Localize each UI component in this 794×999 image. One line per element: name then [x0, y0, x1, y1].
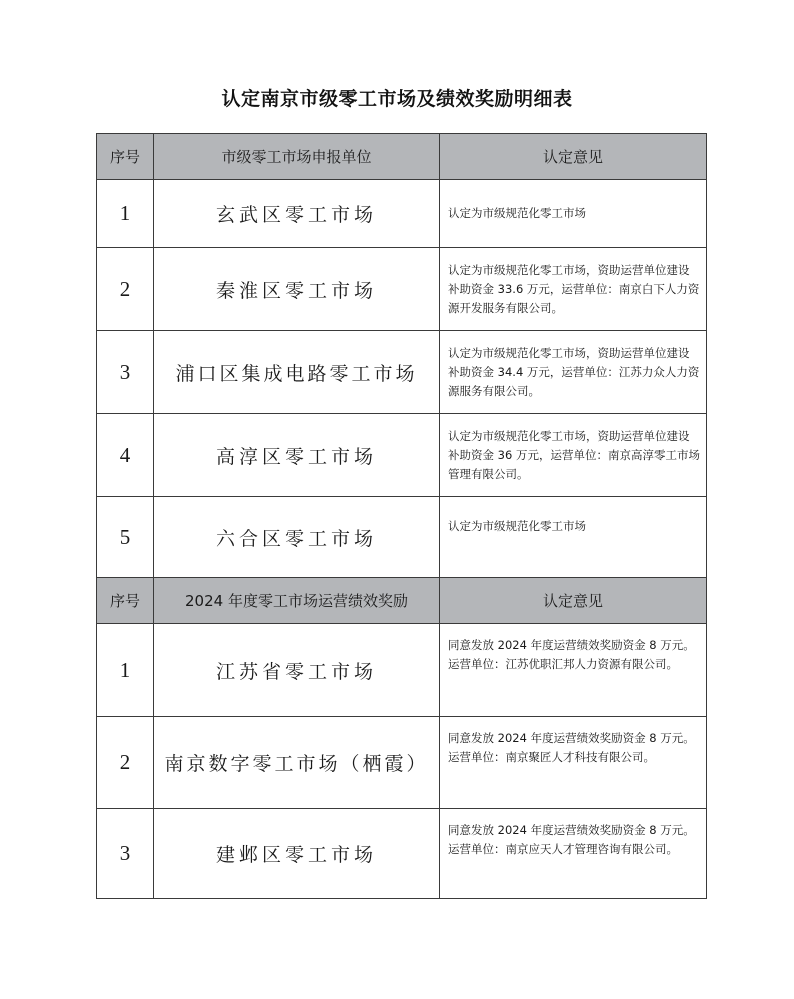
table-row: 3 浦口区集成电路零工市场 认定为市级规范化零工市场，资助运营单位建设补助资金 …	[97, 331, 707, 414]
header-award: 2024 年度零工市场运营绩效奖励	[154, 578, 440, 624]
row-unit: 秦淮区零工市场	[154, 248, 440, 331]
header-opinion: 认定意见	[440, 134, 707, 180]
row-no: 1	[97, 180, 154, 248]
table-row: 2 秦淮区零工市场 认定为市级规范化零工市场，资助运营单位建设补助资金 33.6…	[97, 248, 707, 331]
detail-table: 序号 市级零工市场申报单位 认定意见 1 玄武区零工市场 认定为市级规范化零工市…	[96, 133, 707, 899]
table-row: 5 六合区零工市场 认定为市级规范化零工市场	[97, 497, 707, 578]
header-no: 序号	[97, 134, 154, 180]
row-unit: 江苏省零工市场	[154, 624, 440, 717]
row-no: 4	[97, 414, 154, 497]
row-opinion: 认定为市级规范化零工市场，资助运营单位建设补助资金 33.6 万元，运营单位：南…	[440, 248, 707, 331]
table-row: 2 南京数字零工市场（栖霞） 同意发放 2024 年度运营绩效奖励资金 8 万元…	[97, 717, 707, 809]
page-title: 认定南京市级零工市场及绩效奖励明细表	[0, 84, 794, 111]
row-unit: 建邺区零工市场	[154, 809, 440, 899]
row-unit: 南京数字零工市场（栖霞）	[154, 717, 440, 809]
row-no: 3	[97, 331, 154, 414]
section1-header-row: 序号 市级零工市场申报单位 认定意见	[97, 134, 707, 180]
table-row: 1 江苏省零工市场 同意发放 2024 年度运营绩效奖励资金 8 万元。运营单位…	[97, 624, 707, 717]
table-row: 1 玄武区零工市场 认定为市级规范化零工市场	[97, 180, 707, 248]
table-row: 4 高淳区零工市场 认定为市级规范化零工市场，资助运营单位建设补助资金 36 万…	[97, 414, 707, 497]
row-no: 5	[97, 497, 154, 578]
header-unit: 市级零工市场申报单位	[154, 134, 440, 180]
row-unit: 浦口区集成电路零工市场	[154, 331, 440, 414]
row-no: 2	[97, 717, 154, 809]
row-opinion: 认定为市级规范化零工市场	[440, 497, 707, 578]
row-opinion: 认定为市级规范化零工市场，资助运营单位建设补助资金 36 万元，运营单位：南京高…	[440, 414, 707, 497]
header-opinion: 认定意见	[440, 578, 707, 624]
row-unit: 高淳区零工市场	[154, 414, 440, 497]
row-no: 3	[97, 809, 154, 899]
row-unit: 玄武区零工市场	[154, 180, 440, 248]
header-no: 序号	[97, 578, 154, 624]
row-no: 2	[97, 248, 154, 331]
row-opinion: 认定为市级规范化零工市场	[440, 180, 707, 248]
row-opinion: 同意发放 2024 年度运营绩效奖励资金 8 万元。运营单位：江苏优职汇邦人力资…	[440, 624, 707, 717]
row-opinion: 同意发放 2024 年度运营绩效奖励资金 8 万元。运营单位：南京聚匠人才科技有…	[440, 717, 707, 809]
section2-header-row: 序号 2024 年度零工市场运营绩效奖励 认定意见	[97, 578, 707, 624]
row-opinion: 同意发放 2024 年度运营绩效奖励资金 8 万元。运营单位：南京应天人才管理咨…	[440, 809, 707, 899]
row-unit: 六合区零工市场	[154, 497, 440, 578]
row-opinion: 认定为市级规范化零工市场，资助运营单位建设补助资金 34.4 万元，运营单位：江…	[440, 331, 707, 414]
table-row: 3 建邺区零工市场 同意发放 2024 年度运营绩效奖励资金 8 万元。运营单位…	[97, 809, 707, 899]
row-no: 1	[97, 624, 154, 717]
